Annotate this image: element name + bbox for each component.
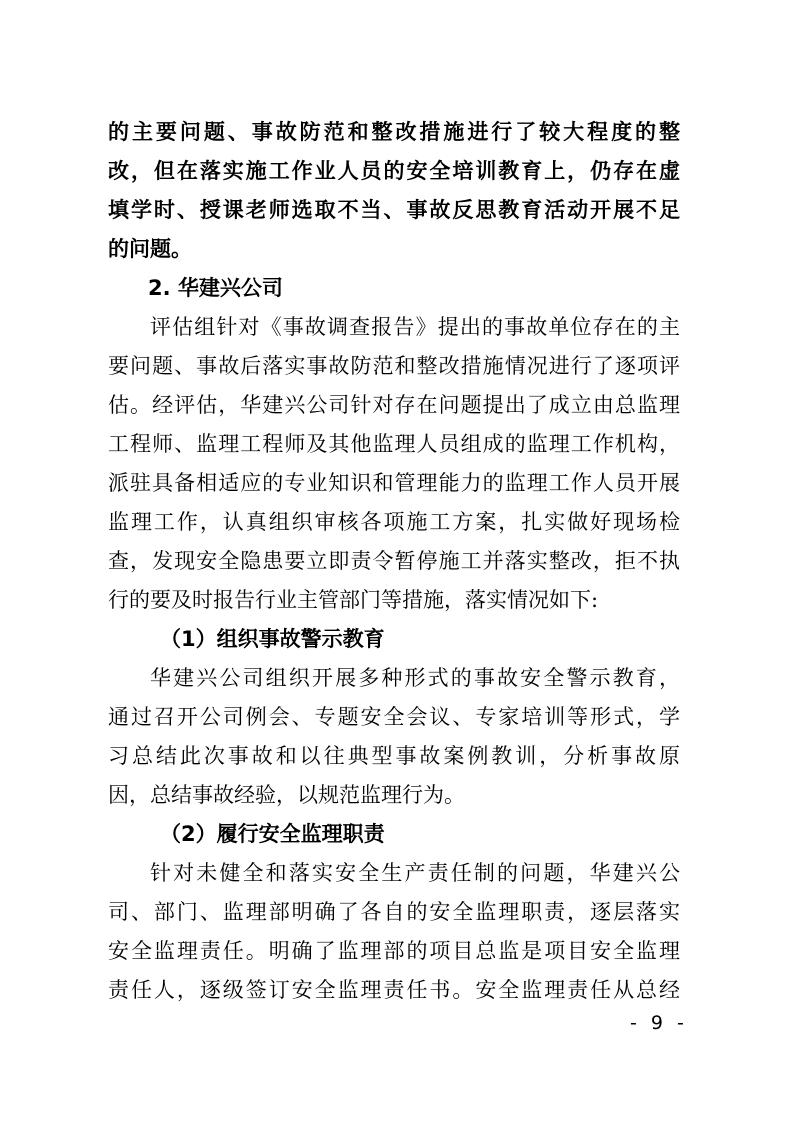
subsection-heading: （1）组织事故警示教育: [108, 620, 680, 659]
text-line: 针对未健全和落实安全生产责任制的问题，华建兴公: [108, 854, 680, 893]
text-line: 的问题。: [108, 230, 680, 269]
text-line: 通过召开公司例会、专题安全会议、专家培训等形式，学: [108, 698, 680, 737]
text-line: 查，发现安全隐患要立即责令暂停施工并落实整改，拒不执: [108, 542, 680, 581]
text-line: 行的要及时报告行业主管部门等措施，落实情况如下:: [108, 581, 680, 620]
section-heading: 2. 华建兴公司: [108, 269, 680, 308]
text-line: 改，但在落实施工作业人员的安全培训教育上，仍存在虚: [108, 152, 680, 191]
text-line: 的主要问题、事故防范和整改措施进行了较大程度的整: [108, 113, 680, 152]
subsection-heading: （2）履行安全监理职责: [108, 815, 680, 854]
document-body: 的主要问题、事故防范和整改措施进行了较大程度的整 改，但在落实施工作业人员的安全…: [108, 113, 680, 1010]
text-line: 责任人，逐级签订安全监理责任书。安全监理责任从总经: [108, 971, 680, 1010]
page-number: - 9 -: [630, 1012, 688, 1034]
text-line: 安全监理责任。明确了监理部的项目总监是项目安全监理: [108, 932, 680, 971]
document-page: 的主要问题、事故防范和整改措施进行了较大程度的整 改，但在落实施工作业人员的安全…: [0, 0, 794, 1123]
text-line: 评估组针对《事故调查报告》提出的事故单位存在的主: [108, 308, 680, 347]
text-line: 华建兴公司组织开展多种形式的事故安全警示教育，: [108, 659, 680, 698]
text-line: 监理工作，认真组织审核各项施工方案，扎实做好现场检: [108, 503, 680, 542]
text-line: 填学时、授课老师选取不当、事故反思教育活动开展不足: [108, 191, 680, 230]
text-line: 派驻具备相适应的专业知识和管理能力的监理工作人员开展: [108, 464, 680, 503]
text-line: 习总结此次事故和以往典型事故案例教训，分析事故原: [108, 737, 680, 776]
text-line: 司、部门、监理部明确了各自的安全监理职责，逐层落实: [108, 893, 680, 932]
text-line: 估。经评估，华建兴公司针对存在问题提出了成立由总监理: [108, 386, 680, 425]
text-line: 要问题、事故后落实事故防范和整改措施情况进行了逐项评: [108, 347, 680, 386]
text-line: 因，总结事故经验，以规范监理行为。: [108, 776, 680, 815]
text-line: 工程师、监理工程师及其他监理人员组成的监理工作机构，: [108, 425, 680, 464]
